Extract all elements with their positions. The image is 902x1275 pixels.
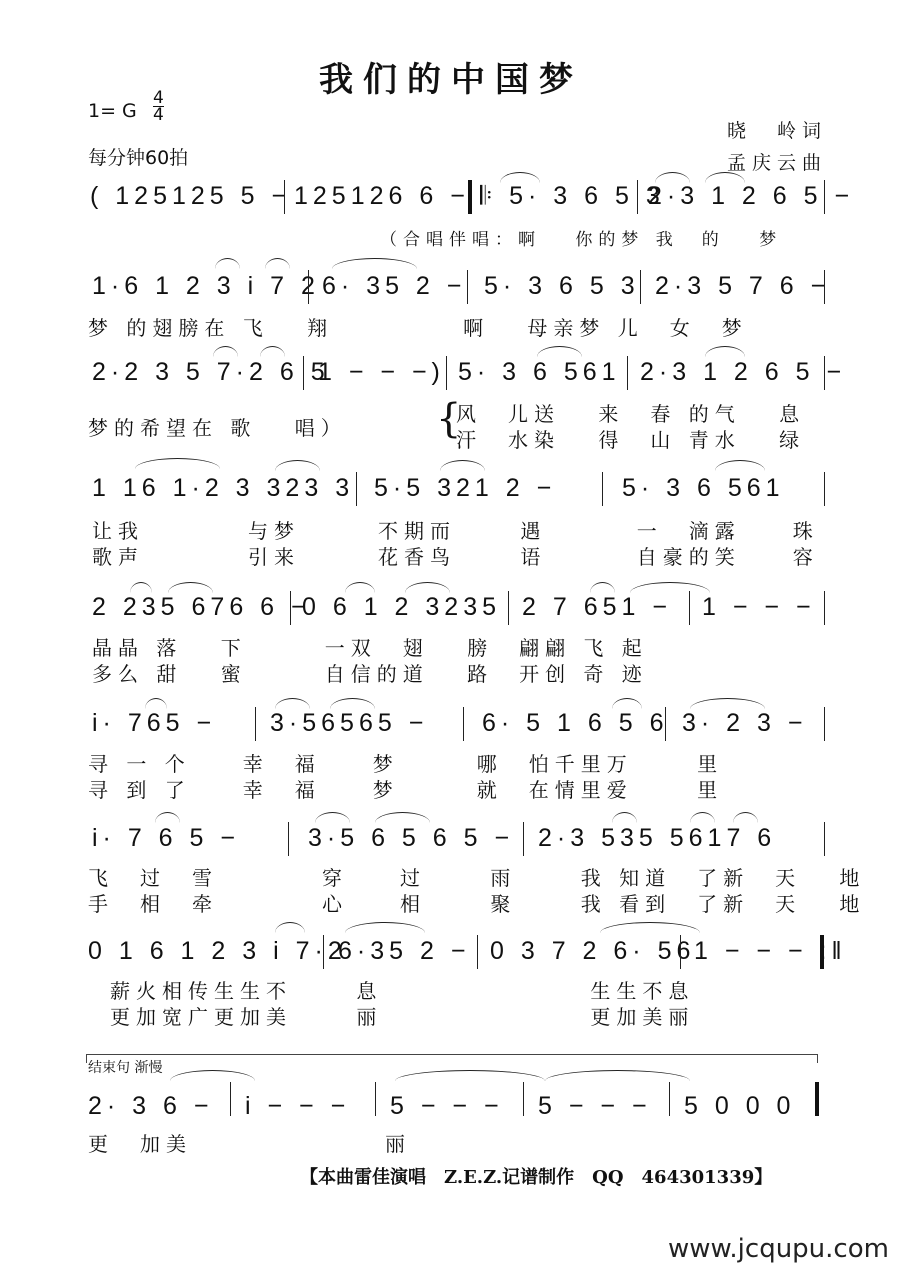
lyric-line: （合唱伴唱：啊 你的梦 我 的 梦: [380, 225, 782, 250]
measure: i − − −: [245, 1092, 350, 1121]
lyric-verse-2: 寻 到 了 幸 福 梦 就 在情里爱 里: [88, 774, 723, 803]
measure: 0 1 6 1 2 3 i 7·2: [88, 937, 347, 966]
measure: 3· 2 3 −: [682, 709, 807, 738]
measure: 1 16 1·2 3 323 3: [92, 474, 354, 503]
lyric-verse-1: 飞 过 雪 穿 过 雨 我 知道 了新 天 地: [88, 862, 865, 891]
measure: 125126 6 −: [294, 182, 470, 211]
lyric-verse-2: 手 相 牵 心 相 聚 我 看到 了新 天 地: [88, 888, 865, 917]
measure: 5 0 0 0: [684, 1092, 795, 1121]
lyric-verse-1: 晶晶 落 下 一双 翅 膀 翩翩 飞 起: [92, 632, 648, 661]
measure: 3·56565 −: [270, 709, 428, 738]
song-title: 我们的中国梦: [0, 52, 902, 101]
lyric-verse-1: 薪火相传生生不 息 生生不息: [110, 975, 694, 1004]
measure: 2·3 1 2 6 5 −: [640, 358, 846, 387]
lyric-verse-1: 让我 与梦 不期而 遇 一 滴露 珠: [92, 515, 819, 544]
performer-credit: 【本曲雷佳演唱 Z.E.Z.记谱制作 QQ 464301339】: [300, 1163, 772, 1189]
measure: i· 765 −: [92, 709, 216, 738]
measure: 1 − − −: [702, 593, 816, 622]
lyric-verse-2: 多么 甜 蜜 自信的道 路 开创 奇 迹: [92, 658, 648, 687]
measure: 1·6 1 2 3 i 7 2: [92, 272, 320, 301]
lyric-verse-2: 歌声 引来 花香鸟 语 自豪的笑 容: [92, 541, 819, 570]
measure: 3·5 6 5 6 5 −: [308, 824, 514, 853]
lyric-verse-1: 寻 一 个 幸 福 梦 哪 怕千里万 里: [88, 748, 723, 777]
measure: 5· 3 6 561: [622, 474, 785, 503]
ending-label: 结束句 渐慢: [88, 1057, 162, 1077]
measure: i· 7 6 5 −: [92, 824, 240, 853]
measure: 0 3 7 2 6· 56: [490, 937, 695, 966]
measure: 5·5 321 2 −: [374, 474, 556, 503]
lyric-verse-1: 风 儿送 来 春 的气 息: [456, 398, 805, 427]
lyric-verse-2: 汗 水染 得 山 青水 绿: [456, 424, 805, 453]
measure: 2·3 5 7 6 −: [655, 272, 830, 301]
tempo: 每分钟60拍: [88, 143, 188, 170]
composer: 孟庆云曲: [727, 148, 827, 175]
measure: ( 125125 5 −: [90, 182, 291, 211]
lyric-verse-2: 更加宽广更加美 丽 更加美丽: [110, 1001, 694, 1030]
lyricist: 晓 岭词: [727, 116, 827, 143]
measure: 5· 3 6 5 3: [484, 272, 640, 301]
measure: 5 − − −: [538, 1092, 652, 1121]
measure: 6· 5 1 6 5 6: [482, 709, 668, 738]
measure: 1 − − −): [318, 358, 445, 387]
lyric-line: 梦的希望在 歌 唱）: [88, 412, 347, 441]
measure: 6· 35 2 −: [322, 272, 466, 301]
measure: 2·2 3 5 7·2 6 5: [92, 358, 330, 387]
lyric-line: 梦 的翅膀在 飞 翔 啊 母亲梦 儿 女 梦: [88, 312, 748, 341]
measure: 0 6 1 2 3235: [302, 593, 501, 622]
website-watermark[interactable]: www.jcqupu.com: [668, 1234, 889, 1264]
key-signature: 1= G: [88, 100, 137, 122]
measure: 2· 3 6 −: [88, 1092, 213, 1121]
measure: 2·3 535 5617 6: [538, 824, 776, 853]
lyric-line: 丽: [385, 1128, 411, 1157]
measure: 2 7 651 −: [522, 593, 672, 622]
lyric-line: 更 加美: [88, 1128, 192, 1157]
measure: 2 235 676 6 −: [92, 593, 311, 622]
time-signature: 4 4: [153, 90, 164, 123]
measure: 6·35 2 −: [338, 937, 470, 966]
measure: 5· 3 6 561: [458, 358, 621, 387]
measure: 5 − − −: [390, 1092, 504, 1121]
